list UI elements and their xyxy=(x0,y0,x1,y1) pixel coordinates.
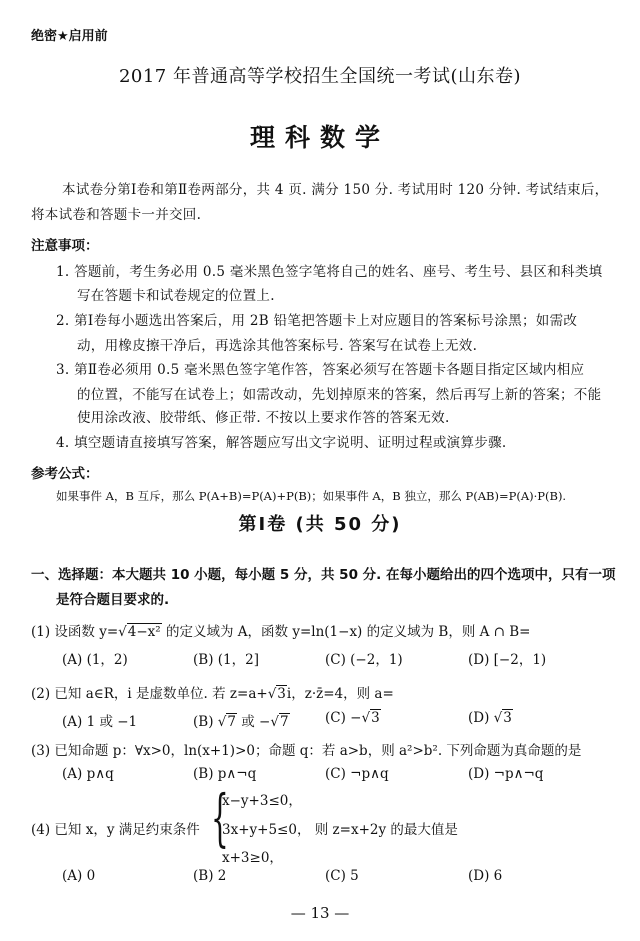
confidential-label: 绝密★启用前 xyxy=(31,25,108,44)
sqrt-icon: √ xyxy=(268,686,277,702)
constraint-2: 3x+y+5≤0， 则 z=x+2y 的最大值是 xyxy=(222,818,458,838)
notes-heading: 注意事项： xyxy=(31,234,99,254)
q2-option-a[interactable]: (A) 1 或 −1 xyxy=(62,710,137,730)
note-3-line-1: 3. 第Ⅱ卷必须用 0.5 毫米黑色签字笔作答，答案必须写在答题卡各题目指定区域… xyxy=(56,358,584,378)
radicand: 4−x² xyxy=(127,623,162,640)
note-2-line-2: 动，用橡皮擦干净后，再选涂其他答案标号. 答案写在试卷上无效. xyxy=(77,334,477,354)
q3-option-c[interactable]: (C) ¬p∧q xyxy=(325,766,389,782)
note-3-line-2: 的位置，不能写在试卷上；如需改动，先划掉原来的答案，然后再写上新的答案；不能 xyxy=(77,383,601,403)
q4-option-c[interactable]: (C) 5 xyxy=(325,868,359,884)
sqrt-icon: √ xyxy=(361,710,370,726)
question-text-prefix: 设函数 y= xyxy=(54,624,118,640)
section-instruction-line-2: 是符合题目要求的. xyxy=(56,588,169,608)
question-number: (2) xyxy=(31,686,50,702)
q1-option-b[interactable]: (B) (1，2] xyxy=(193,648,259,668)
question-number: (3) xyxy=(31,743,50,759)
note-1-line-2: 写在答题卡和试卷规定的位置上. xyxy=(77,284,275,304)
option-label: (C) − xyxy=(325,710,361,726)
question-2: (2) 已知 a∈R，i 是虚数单位. 若 z=a+√3i，z·z̄=4，则 a… xyxy=(31,682,394,702)
constraint-text: 3x+y+5≤0， xyxy=(222,822,310,838)
constraint-1: x−y+3≤0， xyxy=(222,789,302,809)
question-number: (1) xyxy=(31,624,50,640)
question-4: (4) 已知 x，y 满足约束条件 xyxy=(31,818,200,838)
q2-option-c[interactable]: (C) −√3 xyxy=(325,710,381,726)
sqrt-icon: √ xyxy=(494,710,503,726)
note-4-line-1: 4. 填空题请直接填写答案，解答题应写出文字说明、证明过程或演算步骤. xyxy=(56,431,506,451)
sqrt-icon: √ xyxy=(270,714,279,730)
q1-option-c[interactable]: (C) (−2，1) xyxy=(325,648,403,668)
question-text-prefix: 已知 x，y 满足约束条件 xyxy=(54,822,199,838)
section-title: 第Ⅰ卷 (共 50 分) xyxy=(0,510,640,536)
question-text-suffix: 则 z=x+2y 的最大值是 xyxy=(315,822,458,838)
radicand: 7 xyxy=(226,713,237,730)
note-3-line-3: 使用涂改液、胶带纸、修正带. 不按以上要求作答的答案无效. xyxy=(77,406,450,426)
section-instruction-line-1: 一、选择题：本大题共 10 小题，每小题 5 分，共 50 分. 在每小题给出的… xyxy=(31,563,616,583)
radicand: 7 xyxy=(279,713,290,730)
question-1: (1) 设函数 y=√4−x² 的定义域为 A，函数 y=ln(1−x) 的定义… xyxy=(31,620,531,640)
question-number: (4) xyxy=(31,822,50,838)
q1-option-d[interactable]: (D) [−2，1) xyxy=(468,648,546,668)
q3-option-d[interactable]: (D) ¬p∧¬q xyxy=(468,766,543,782)
option-text: 或 − xyxy=(237,714,270,730)
note-1-line-1: 1. 答题前，考生务必用 0.5 毫米黑色签字笔将自己的姓名、座号、考生号、县区… xyxy=(56,260,602,280)
reference-formula: 如果事件 A，B 互斥，那么 P(A+B)=P(A)+P(B)；如果事件 A，B… xyxy=(56,488,566,504)
q1-option-a[interactable]: (A) (1，2) xyxy=(62,648,128,668)
subject-title: 理科数学 xyxy=(0,118,640,154)
radicand: 3 xyxy=(276,685,287,702)
question-text: 已知命题 p：∀x>0，ln(x+1)>0；命题 q：若 a>b，则 a²>b²… xyxy=(54,743,581,759)
q2-option-d[interactable]: (D) √3 xyxy=(468,710,513,726)
sqrt-icon: √ xyxy=(118,624,127,640)
question-text-prefix: 已知 a∈R，i 是虚数单位. 若 z=a+ xyxy=(54,686,267,702)
radicand: 3 xyxy=(370,709,381,726)
note-2-line-1: 2. 第Ⅰ卷每小题选出答案后，用 2B 铅笔把答题卡上对应题目的答案标号涂黑；如… xyxy=(56,309,577,329)
question-text-suffix: i，z·z̄=4，则 a= xyxy=(287,686,394,702)
page-number: — 13 — xyxy=(0,904,640,922)
exam-title: 2017 年普通高等学校招生全国统一考试(山东卷) xyxy=(0,62,640,88)
question-3: (3) 已知命题 p：∀x>0，ln(x+1)>0；命题 q：若 a>b，则 a… xyxy=(31,739,581,759)
q3-option-b[interactable]: (B) p∧¬q xyxy=(193,766,256,782)
q4-option-d[interactable]: (D) 6 xyxy=(468,868,502,884)
q3-option-a[interactable]: (A) p∧q xyxy=(62,766,114,782)
constraint-3: x+3≥0， xyxy=(222,846,283,866)
option-label: (B) xyxy=(193,714,218,730)
q4-option-b[interactable]: (B) 2 xyxy=(193,868,226,884)
intro-line-1: 本试卷分第Ⅰ卷和第Ⅱ卷两部分，共 4 页. 满分 150 分. 考试用时 120… xyxy=(62,178,608,198)
q4-option-a[interactable]: (A) 0 xyxy=(62,868,95,884)
radicand: 3 xyxy=(502,709,513,726)
q2-option-b[interactable]: (B) √7 或 −√7 xyxy=(193,710,290,730)
intro-line-2: 将本试卷和答题卡一并交回. xyxy=(31,203,201,223)
question-text-suffix: 的定义域为 A，函数 y=ln(1−x) 的定义域为 B，则 A ∩ B= xyxy=(162,624,531,640)
reference-heading: 参考公式： xyxy=(31,462,99,482)
option-label: (D) xyxy=(468,710,494,726)
